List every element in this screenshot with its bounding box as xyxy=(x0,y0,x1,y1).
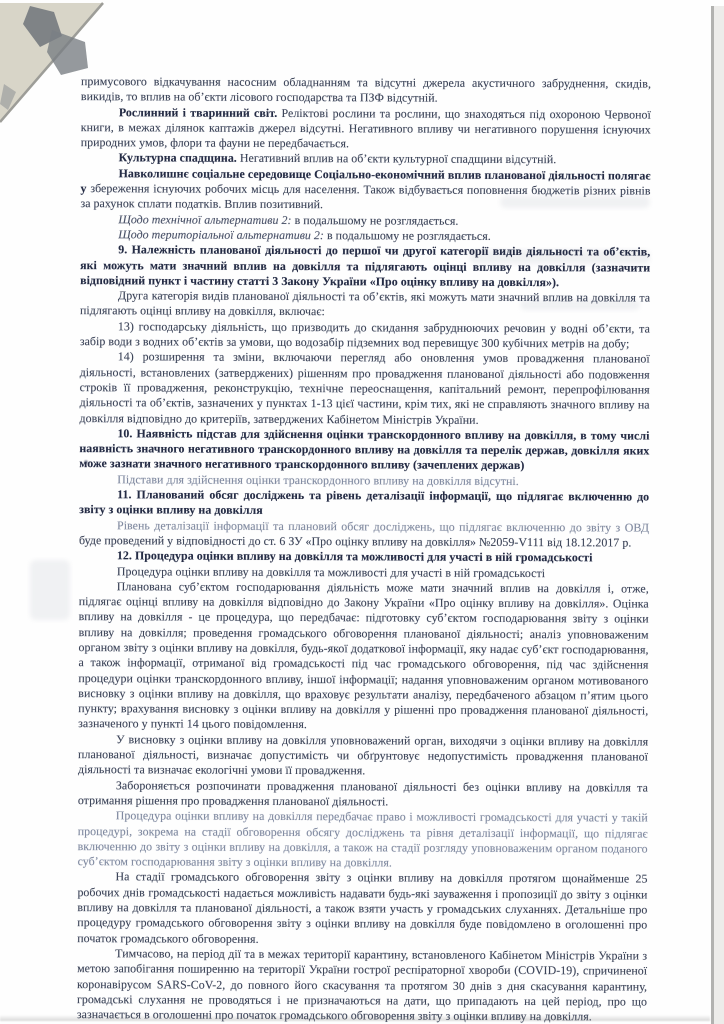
paragraph-lead: Щодо технічної альтернативи 2: xyxy=(118,212,291,227)
paragraph-text: в подальшому не розглядається. xyxy=(292,213,459,228)
paragraph-lead: Культурна спадщина. xyxy=(119,151,237,166)
paragraph-text: 12. Процедура оцінки впливу на довкілля … xyxy=(117,548,593,564)
paragraph-text: буде проведений у відповідності до ст. 6… xyxy=(79,533,631,549)
paragraph-text: 9. Належність планованої діяльності до п… xyxy=(80,243,650,290)
paragraph-text: 13) господарську діяльність, що призводи… xyxy=(80,319,650,351)
paragraph: Тимчасово, на період дії та в межах тери… xyxy=(77,946,647,1024)
scan-edge-bottom xyxy=(0,1015,710,1021)
paragraph-text: примусового відкачування насосним обладн… xyxy=(81,74,651,105)
scan-smudge xyxy=(47,30,88,75)
paragraph-lead: Рівень деталізації інформації та планови… xyxy=(117,518,649,534)
paragraph-text: 10. Наявність підстав для здійснення оці… xyxy=(79,426,649,472)
paragraph-lead: Щодо територіальної альтернативи 2: xyxy=(118,227,324,242)
paragraph: примусового відкачування насосним обладн… xyxy=(81,74,651,107)
paragraph: Забороняється розпочинати провадження пл… xyxy=(78,778,648,811)
paragraph: У висновку з оцінки впливу на довкілля у… xyxy=(78,732,648,780)
paragraph: Навколишнє соціальне середовище Соціальн… xyxy=(80,166,650,214)
paragraph-text: 14) розширення та зміни, включаючи перег… xyxy=(79,350,649,427)
paragraph: Планована суб’єктом господарювання діяль… xyxy=(78,579,649,734)
paragraph-text: збереження існуючих робочих місць для на… xyxy=(80,181,650,211)
paragraph: Рослинний і тваринний світ. Реліктові ро… xyxy=(81,105,651,153)
paragraph-text: Друга категорія видів планованої діяльно… xyxy=(80,288,650,318)
paragraph-text: У висновку з оцінки впливу на довкілля у… xyxy=(78,732,648,778)
paragraph: Друга категорія видів планованої діяльно… xyxy=(80,288,650,321)
paragraph-text: Забороняється розпочинати провадження пл… xyxy=(78,778,648,808)
scan-streak xyxy=(30,560,70,620)
paragraph-text: в подальшому не розглядається. xyxy=(324,228,491,243)
scan-edge-right-background xyxy=(713,6,724,1024)
paragraph: Рівень деталізації інформації та планови… xyxy=(79,518,649,551)
section-heading: 11. Планований обсяг досліджень та рівен… xyxy=(79,487,649,520)
section-heading: 9. Належність планованої діяльності до п… xyxy=(80,242,650,290)
paragraph-text: 11. Планований обсяг досліджень та рівен… xyxy=(79,487,649,517)
paragraph-text: Процедура оцінки впливу на довкілля пере… xyxy=(78,809,648,870)
paragraph: Процедура оцінки впливу на довкілля пере… xyxy=(78,808,648,872)
paragraph-text: Негативний вплив на об’єкти культурної с… xyxy=(237,151,556,166)
paragraph-text: Процедура оцінки впливу на довкілля та м… xyxy=(117,564,545,580)
paragraph-text: На стадії громадського обговорення звіту… xyxy=(77,870,647,946)
paragraph-lead: Рослинний і тваринний світ. xyxy=(119,105,277,120)
scanned-document-page: примусового відкачування насосним обладн… xyxy=(0,0,724,1024)
scan-edge-right-line xyxy=(711,6,714,1024)
paragraph-text: Підстави для здійснення оцінки транскорд… xyxy=(117,472,519,488)
paragraph: На стадії громадського обговорення звіту… xyxy=(77,870,647,949)
paragraph: 13) господарську діяльність, що призводи… xyxy=(80,319,650,352)
paragraph-text: Тимчасово, на період дії та в межах тери… xyxy=(77,946,647,1023)
document-text-block: примусового відкачування насосним обладн… xyxy=(77,74,651,1024)
paragraph-text: Планована суб’єктом господарювання діяль… xyxy=(78,579,649,732)
paragraph: 14) розширення та зміни, включаючи перег… xyxy=(79,349,649,428)
section-heading: 10. Наявність підстав для здійснення оці… xyxy=(79,426,649,474)
